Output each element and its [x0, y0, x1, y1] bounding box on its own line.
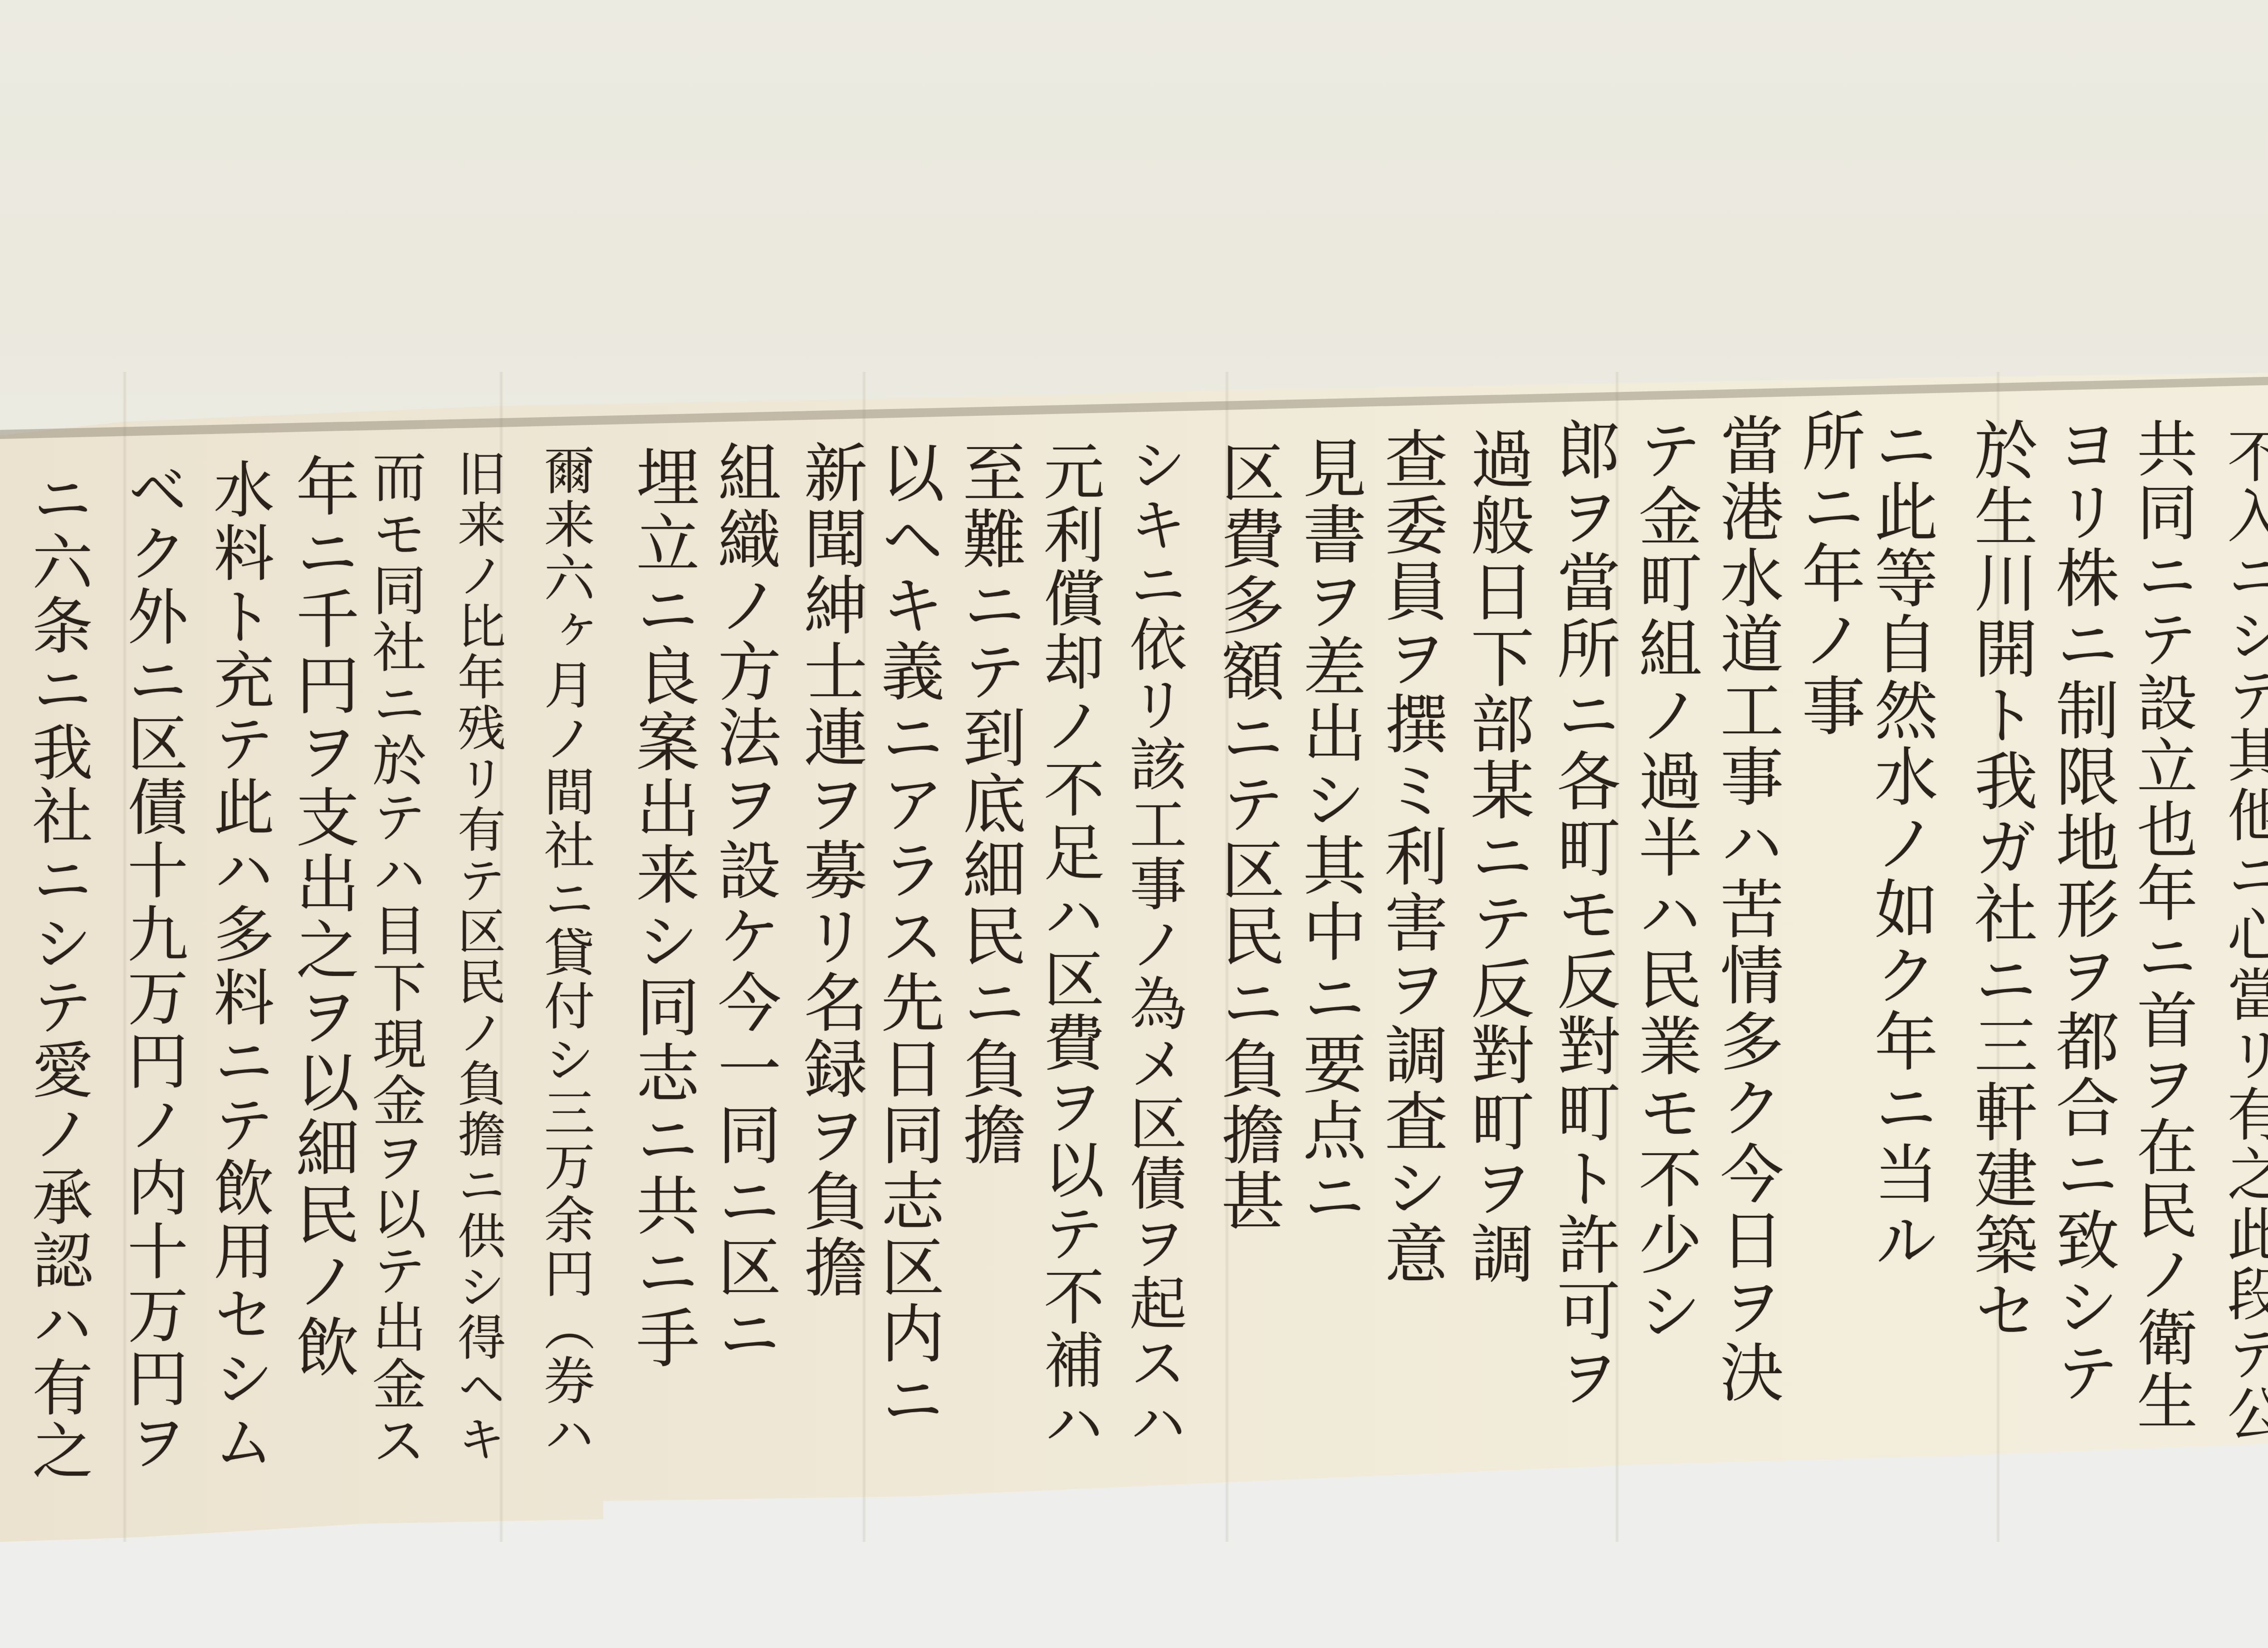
text-column: 過般日下部某ニテ反對町ヲ調	[1465, 426, 1529, 1287]
text-column: テ金町組ノ過半ハ民業モ不少シ	[1633, 417, 1696, 1344]
text-column: ニ六条ニ我社ニシテ愛ノ承認ハ有之	[27, 467, 88, 1483]
text-column: 見書ヲ差出シ其中ニ要点ニ	[1297, 435, 1361, 1230]
text-column: 区費多額ニテ区民ニ負擔甚	[1216, 440, 1279, 1234]
text-column: 查委員ヲ撰ミ利害ヲ調査シ意	[1379, 426, 1442, 1287]
text-column: 所ニ年ノ事	[1796, 408, 1860, 739]
text-column: 元利償却ノ不足ハ区費ヲ以テ不補ハ	[1039, 440, 1100, 1456]
text-column: 郎ヲ當所ニ各町モ反對町ト許可ヲ	[1551, 417, 1615, 1410]
text-column: 爾来六ヶ月ノ間社ニ貸付シ三万余円（券ハ	[540, 444, 591, 1461]
text-column: 以ヘキ義ニアラス先日同志区内ニ	[875, 440, 939, 1433]
text-column: 至難ニテ到底細民ニ負擔	[957, 440, 1021, 1168]
text-column: 水料ト充テ此ハ多料ニテ飲用セシム	[209, 458, 269, 1474]
text-column: 新聞紳士連ヲ募リ名録ヲ負擔	[798, 440, 862, 1301]
text-column: 而モ同社ニ於テハ目下現金ヲ以テ出金ス	[367, 449, 421, 1469]
text-column: 不入ニシテ其他ニ心當リ有之此段テ公	[2223, 426, 2268, 1444]
text-column: 埋立ニ良案出来シ同志ニ共ニ手	[631, 444, 694, 1371]
text-column: シキニ依リ該工事ノ為メ区債ヲ起スハ	[1125, 435, 1182, 1453]
text-column: ヨリ株ニ制限地形ヲ都合ニ致シテ	[2050, 413, 2114, 1406]
manuscript-text: 生ズル事ハ勿論ニ一坪二円位ナレバ金拾郎千四百坪計ヲ以求メニ十結ナル以テ自身ニ乙ニ…	[0, 0, 2268, 1648]
text-column: 組織ノ方法ヲ設ケ今一同ニ区ニ	[712, 440, 776, 1367]
text-column: ニ此等自然水ノ如ク年ニ当ル	[1869, 413, 1932, 1273]
text-column: 當港水道工事ハ苦情多ク今日ヲ決	[1715, 413, 1778, 1406]
text-column: ベク外ニ区債十九万円ノ内十万円ヲ	[122, 458, 183, 1474]
text-column: 旧来ノ比年残リ有テ区民ノ負擔ニ供シ得ヘキ	[454, 449, 502, 1465]
text-column: 年ニ千円ヲ支出之ヲ以細民ノ飲	[290, 453, 354, 1380]
text-column: 共同ニテ設立也年ニ首ヲ在民ノ衛生	[2132, 417, 2193, 1433]
text-column: 於生川開ト我ガ社ニ三軒建築セ	[1969, 417, 2032, 1344]
